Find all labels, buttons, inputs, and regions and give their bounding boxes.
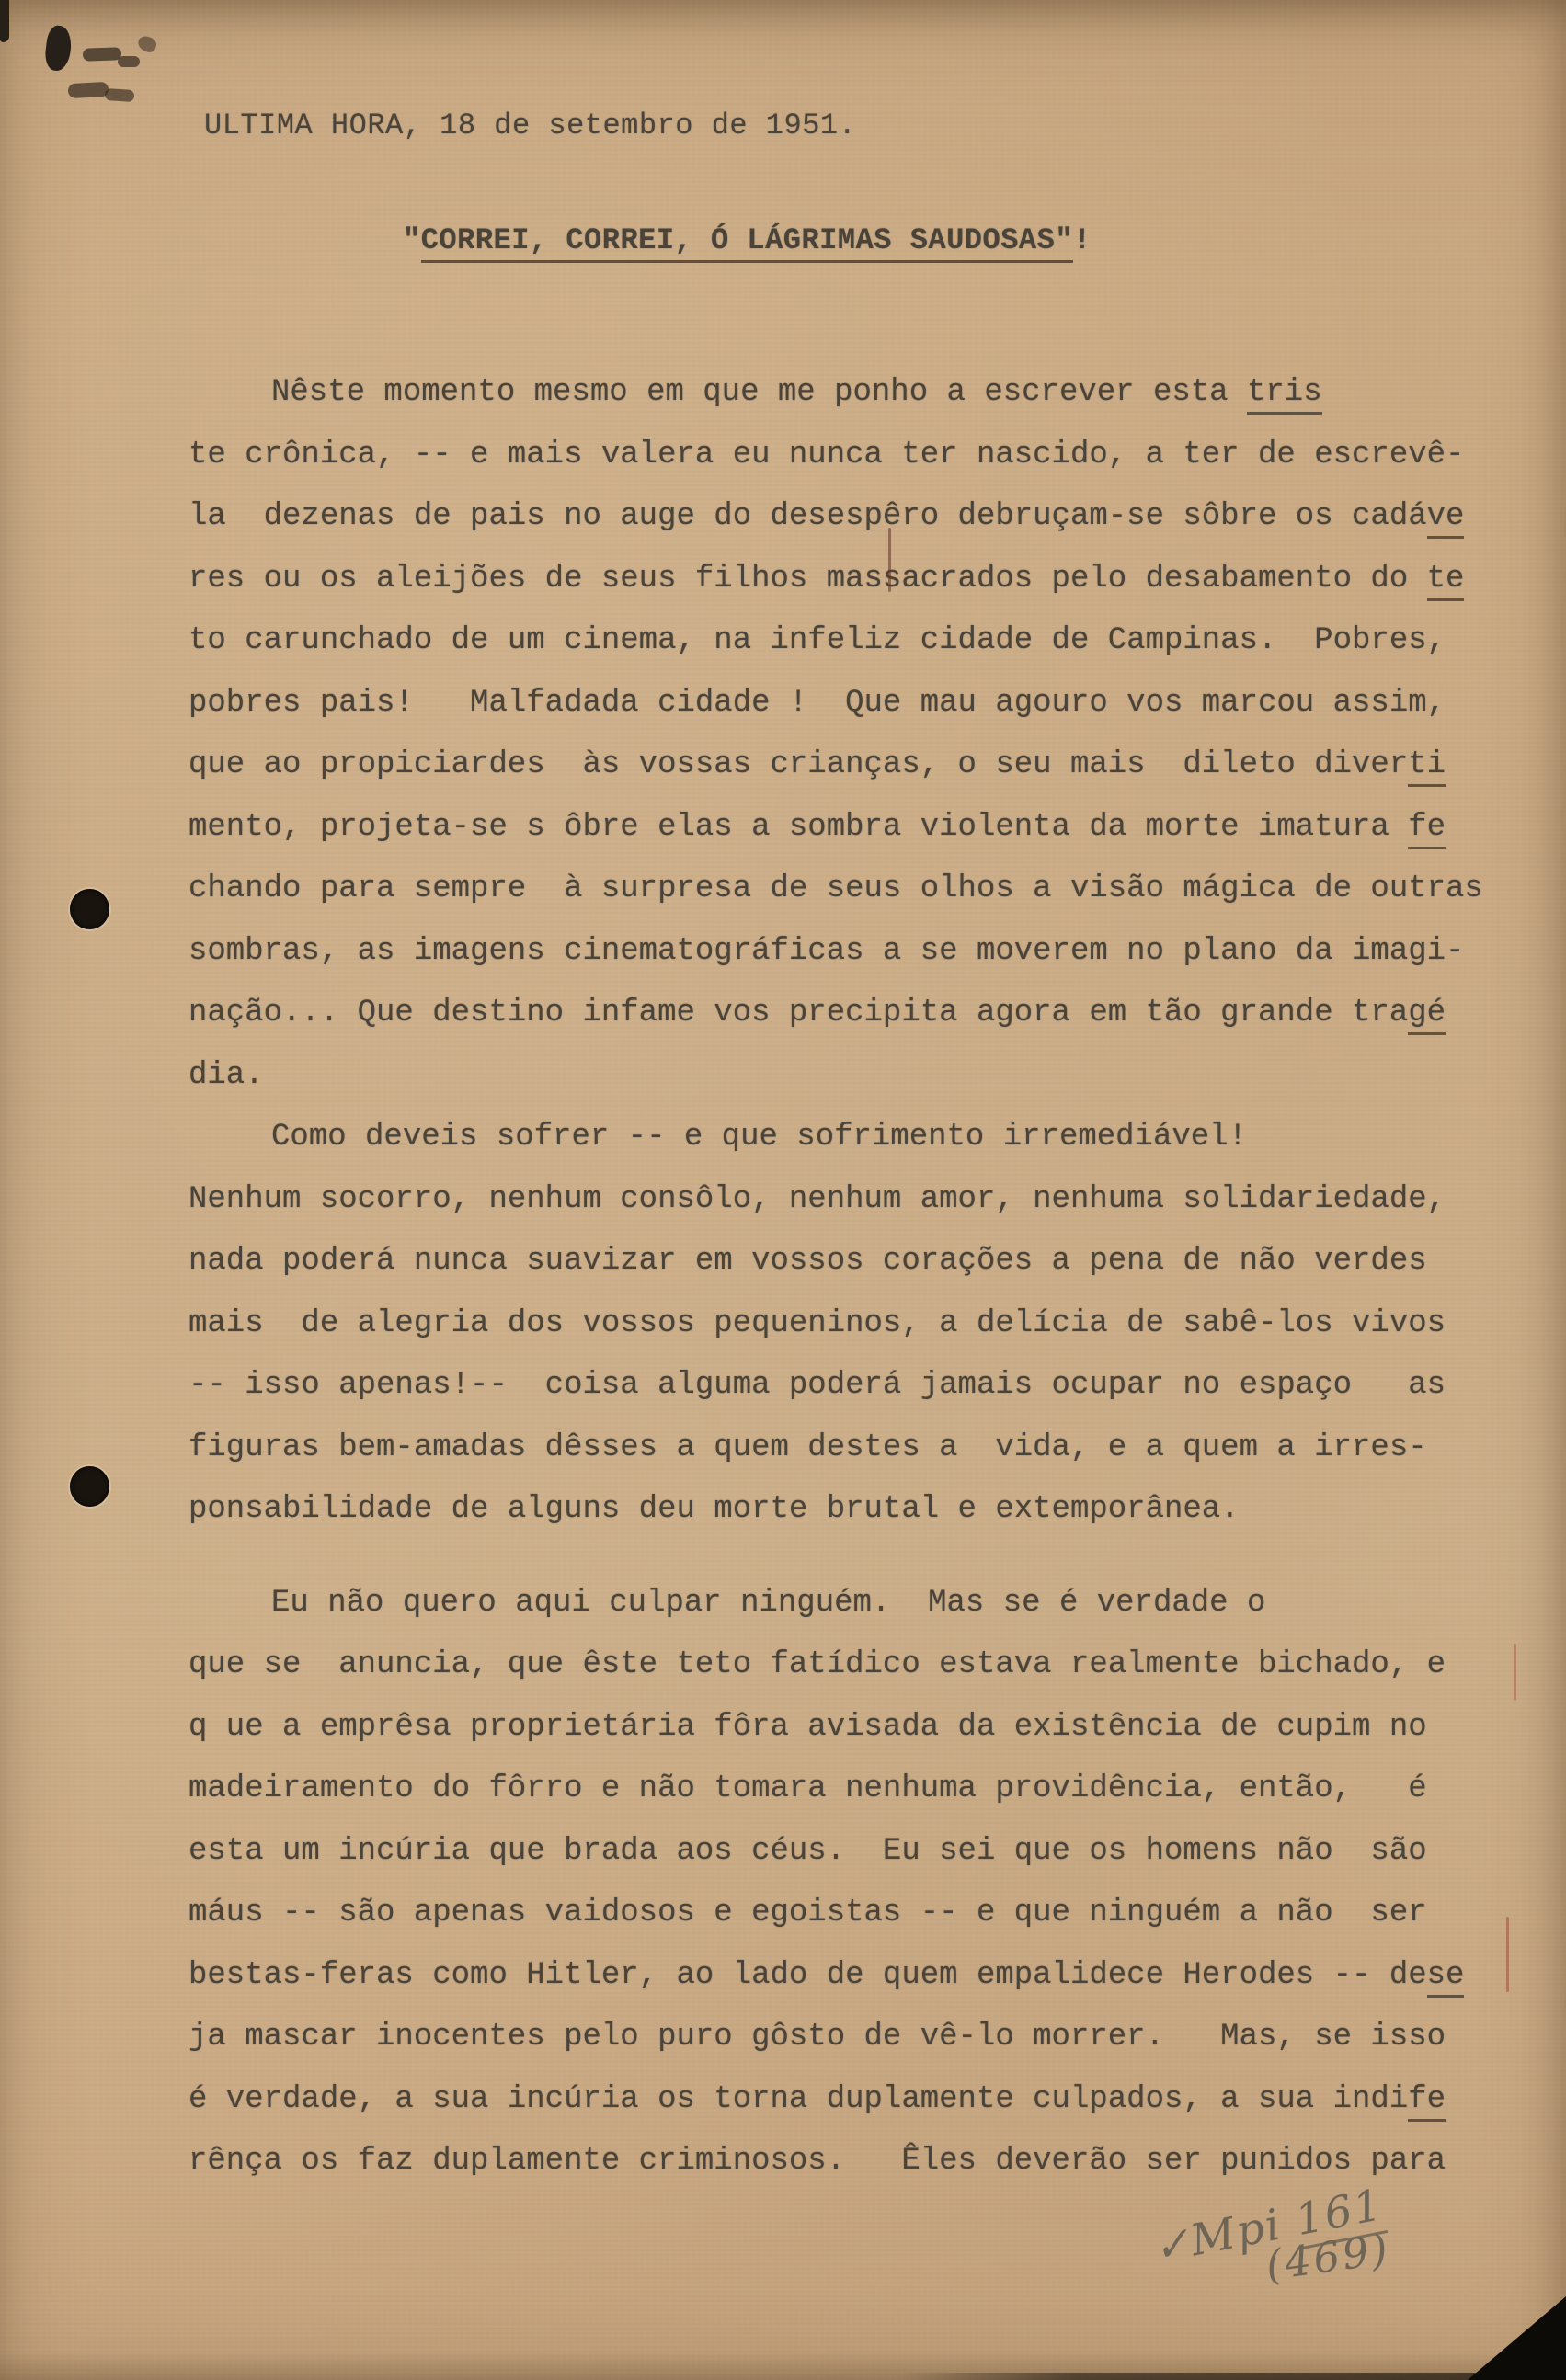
typewritten-line: Como deveis sofrer -- e que sofrimento i… <box>189 1107 1494 1169</box>
text-segment: que ao propiciardes às vossas crianças, … <box>189 747 1408 782</box>
text-segment: q ue a emprêsa proprietária fôra avisada… <box>189 1710 1427 1745</box>
text-segment: chando para sempre à surpresa de seus ol… <box>189 871 1483 906</box>
typewritten-line: figuras bem-amadas dêsses a quem destes … <box>189 1418 1494 1480</box>
typewritten-line: Nêste momento mesmo em que me ponho a es… <box>189 362 1494 425</box>
text-segment: Nêste momento mesmo em que me ponho a es… <box>271 375 1247 410</box>
text-segment: mais de alegria dos vossos pequeninos, a… <box>189 1306 1446 1341</box>
paragraph: Como deveis sofrer -- e que sofrimento i… <box>189 1107 1494 1542</box>
article-title: "CORREI, CORREI, Ó LÁGRIMAS SAUDOSAS"! <box>403 223 1092 257</box>
text-segment: Como deveis sofrer -- e que sofrimento i… <box>271 1120 1247 1155</box>
typewritten-line: res ou os aleijões de seus filhos massac… <box>189 549 1494 611</box>
text-segment: bestas-feras como Hitler, ao lado de que… <box>189 1958 1427 1993</box>
typewritten-line: nação... Que destino infame vos precipit… <box>189 983 1494 1045</box>
typewritten-line: ponsabilidade de alguns deu morte brutal… <box>189 1479 1494 1542</box>
red-pencil-stroke <box>1506 1917 1509 1992</box>
text-segment: madeiramento do fôrro e não tomara nenhu… <box>189 1771 1427 1806</box>
text-segment: te crônica, -- e mais valera eu nunca te… <box>189 438 1464 473</box>
typewritten-line: sombras, as imagens cinematográficas a s… <box>189 921 1494 984</box>
typewritten-line: q ue a emprêsa proprietária fôra avisada… <box>189 1697 1494 1759</box>
typewritten-line: pobres pais! Malfadada cidade ! Que mau … <box>189 673 1494 735</box>
typewritten-line: é verdade, a sua incúria os torna duplam… <box>189 2069 1494 2132</box>
bottom-edge-dark-strip <box>901 2373 1490 2380</box>
text-segment: nada poderá nunca suavizar em vossos cor… <box>189 1244 1427 1279</box>
text-segment: nação... Que destino infame vos precipit… <box>189 996 1408 1031</box>
ink-smudge <box>118 56 140 67</box>
text-segment: figuras bem-amadas dêsses a quem destes … <box>189 1430 1427 1465</box>
underlined-text-segment: tris <box>1247 375 1322 415</box>
ink-smudge <box>0 0 9 42</box>
text-segment: esta um incúria que brada aos céus. Eu s… <box>189 1834 1427 1869</box>
typewritten-line: ja mascar inocentes pelo puro gôsto de v… <box>189 2007 1494 2069</box>
torn-corner-background <box>1468 2296 1566 2380</box>
pen-stroke <box>888 528 891 592</box>
underlined-text-segment: se <box>1427 1958 1465 1998</box>
ink-smudge <box>83 47 121 61</box>
underlined-text-segment: fe <box>1408 810 1446 849</box>
typewritten-line: rênça os faz duplamente criminosos. Êles… <box>189 2131 1494 2193</box>
typewritten-line: madeiramento do fôrro e não tomara nenhu… <box>189 1759 1494 1821</box>
title-exclamation: ! <box>1073 223 1092 257</box>
text-segment: ponsabilidade de alguns deu morte brutal… <box>189 1492 1240 1527</box>
scanned-typewritten-page: ULTIMA HORA, 18 de setembro de 1951. "CO… <box>0 0 1566 2380</box>
text-segment: la dezenas de pais no auge do desespêro … <box>189 499 1427 534</box>
typewritten-line: mento, projeta-se s ôbre elas a sombra v… <box>189 797 1494 860</box>
ink-smudge <box>68 82 109 98</box>
paragraph: Eu não quero aqui culpar ninguém. Mas se… <box>189 1573 1494 2193</box>
typewritten-line: que se anuncia, que êste teto fatídico e… <box>189 1634 1494 1697</box>
red-pencil-stroke <box>1514 1644 1516 1701</box>
text-segment: que se anuncia, que êste teto fatídico e… <box>189 1647 1446 1682</box>
typewritten-line: te crônica, -- e mais valera eu nunca te… <box>189 425 1494 487</box>
typewritten-line: que ao propiciardes às vossas crianças, … <box>189 734 1494 797</box>
punch-hole <box>70 889 109 929</box>
ink-smudge <box>105 88 135 102</box>
typewritten-line: chando para sempre à surpresa de seus ol… <box>189 859 1494 921</box>
text-segment: pobres pais! Malfadada cidade ! Que mau … <box>189 686 1446 721</box>
typewritten-line: máus -- são apenas vaidosos e egoistas -… <box>189 1883 1494 1945</box>
typewritten-line: -- isso apenas!-- coisa alguma poderá ja… <box>189 1355 1494 1418</box>
underlined-text-segment: te <box>1427 562 1465 601</box>
typewritten-line: la dezenas de pais no auge do desespêro … <box>189 486 1494 549</box>
typewritten-line: Eu não quero aqui culpar ninguém. Mas se… <box>189 1573 1494 1635</box>
typewritten-line: dia. <box>189 1045 1494 1108</box>
typewritten-line: esta um incúria que brada aos céus. Eu s… <box>189 1821 1494 1884</box>
underlined-text-segment: ve <box>1427 499 1465 539</box>
text-segment: ja mascar inocentes pelo puro gôsto de v… <box>189 2020 1446 2055</box>
typewritten-line: mais de alegria dos vossos pequeninos, a… <box>189 1293 1494 1356</box>
title-open-quote: " <box>403 223 421 257</box>
text-segment: rênça os faz duplamente criminosos. Êles… <box>189 2144 1446 2179</box>
text-segment: é verdade, a sua incúria os torna duplam… <box>189 2082 1408 2117</box>
ink-smudge <box>136 34 158 53</box>
text-segment: máus -- são apenas vaidosos e egoistas -… <box>189 1896 1427 1930</box>
typewritten-body: Nêste momento mesmo em que me ponho a es… <box>189 362 1494 2193</box>
ink-smudge <box>43 25 74 73</box>
typewritten-line: Nenhum socorro, nenhum consôlo, nenhum a… <box>189 1169 1494 1232</box>
dateline: ULTIMA HORA, 18 de setembro de 1951. <box>204 108 856 142</box>
text-segment: dia. <box>189 1058 264 1093</box>
punch-hole <box>70 1466 109 1507</box>
typewritten-line: to carunchado de um cinema, na infeliz c… <box>189 610 1494 673</box>
text-segment: mento, projeta-se s ôbre elas a sombra v… <box>189 810 1408 845</box>
text-segment: -- isso apenas!-- coisa alguma poderá ja… <box>189 1368 1446 1403</box>
title-underlined-text: CORREI, CORREI, Ó LÁGRIMAS SAUDOSAS" <box>421 223 1073 263</box>
text-segment: res ou os aleijões de seus filhos massac… <box>189 562 1427 597</box>
underlined-text-segment: fe <box>1408 2082 1446 2122</box>
underlined-text-segment: ti <box>1408 747 1446 787</box>
underlined-text-segment: gé <box>1408 996 1446 1035</box>
paragraph: Nêste momento mesmo em que me ponho a es… <box>189 362 1494 1107</box>
typewritten-line: nada poderá nunca suavizar em vossos cor… <box>189 1231 1494 1293</box>
text-segment: sombras, as imagens cinematográficas a s… <box>189 934 1464 969</box>
text-segment: Eu não quero aqui culpar ninguém. Mas se… <box>271 1586 1265 1621</box>
text-segment: Nenhum socorro, nenhum consôlo, nenhum a… <box>189 1182 1446 1217</box>
text-segment: to carunchado de um cinema, na infeliz c… <box>189 623 1446 658</box>
typewritten-line: bestas-feras como Hitler, ao lado de que… <box>189 1945 1494 2008</box>
